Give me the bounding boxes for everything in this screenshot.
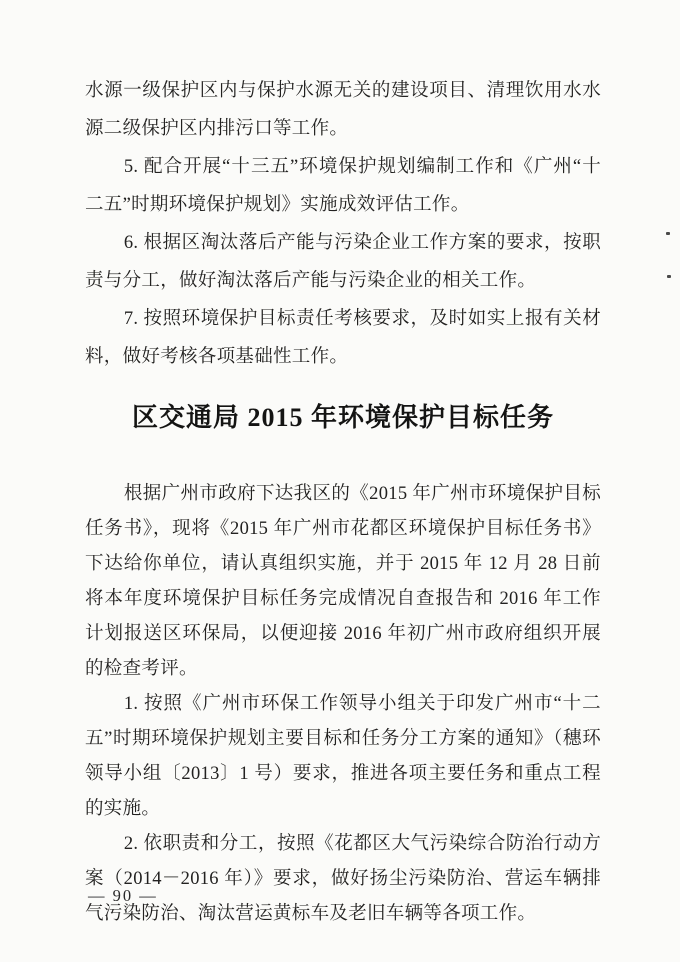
scan-speck bbox=[666, 232, 670, 235]
section-previous-tasks: 水源一级保护区内与保护水源无关的建设项目、清理饮用水水源二级保护区内排污口等工作… bbox=[85, 72, 601, 376]
section-heading: 区交通局 2015 年环境保护目标任务 bbox=[85, 398, 601, 438]
section-transport-bureau-tasks: 根据广州市政府下达我区的《2015 年广州市环境保护目标任务书》，现将《2015… bbox=[85, 477, 601, 932]
paragraph-item-7: 7. 按照环境保护目标责任考核要求，及时如实上报有关材料，做好考核各项基础性工作… bbox=[85, 300, 601, 376]
paragraph-intro: 根据广州市政府下达我区的《2015 年广州市环境保护目标任务书》，现将《2015… bbox=[85, 477, 601, 687]
paragraph-item-1: 1. 按照《广州市环保工作领导小组关于印发广州市“十二五”时期环境保护规划主要目… bbox=[85, 687, 601, 827]
document-page: 水源一级保护区内与保护水源无关的建设项目、清理饮用水水源二级保护区内排污口等工作… bbox=[0, 0, 680, 962]
scan-speck bbox=[667, 275, 671, 278]
page-number: — 90 — bbox=[88, 886, 158, 906]
document-body: 水源一级保护区内与保护水源无关的建设项目、清理饮用水水源二级保护区内排污口等工作… bbox=[85, 72, 601, 932]
paragraph-continuation: 水源一级保护区内与保护水源无关的建设项目、清理饮用水水源二级保护区内排污口等工作… bbox=[85, 72, 601, 148]
paragraph-item-6: 6. 根据区淘汰落后产能与污染企业工作方案的要求，按职责与分工，做好淘汰落后产能… bbox=[85, 224, 601, 300]
paragraph-item-5: 5. 配合开展“十三五”环境保护规划编制工作和《广州“十二五”时期环境保护规划》… bbox=[85, 148, 601, 224]
paragraph-item-2: 2. 依职责和分工，按照《花都区大气污染综合防治行动方案（2014－2016 年… bbox=[85, 827, 601, 932]
